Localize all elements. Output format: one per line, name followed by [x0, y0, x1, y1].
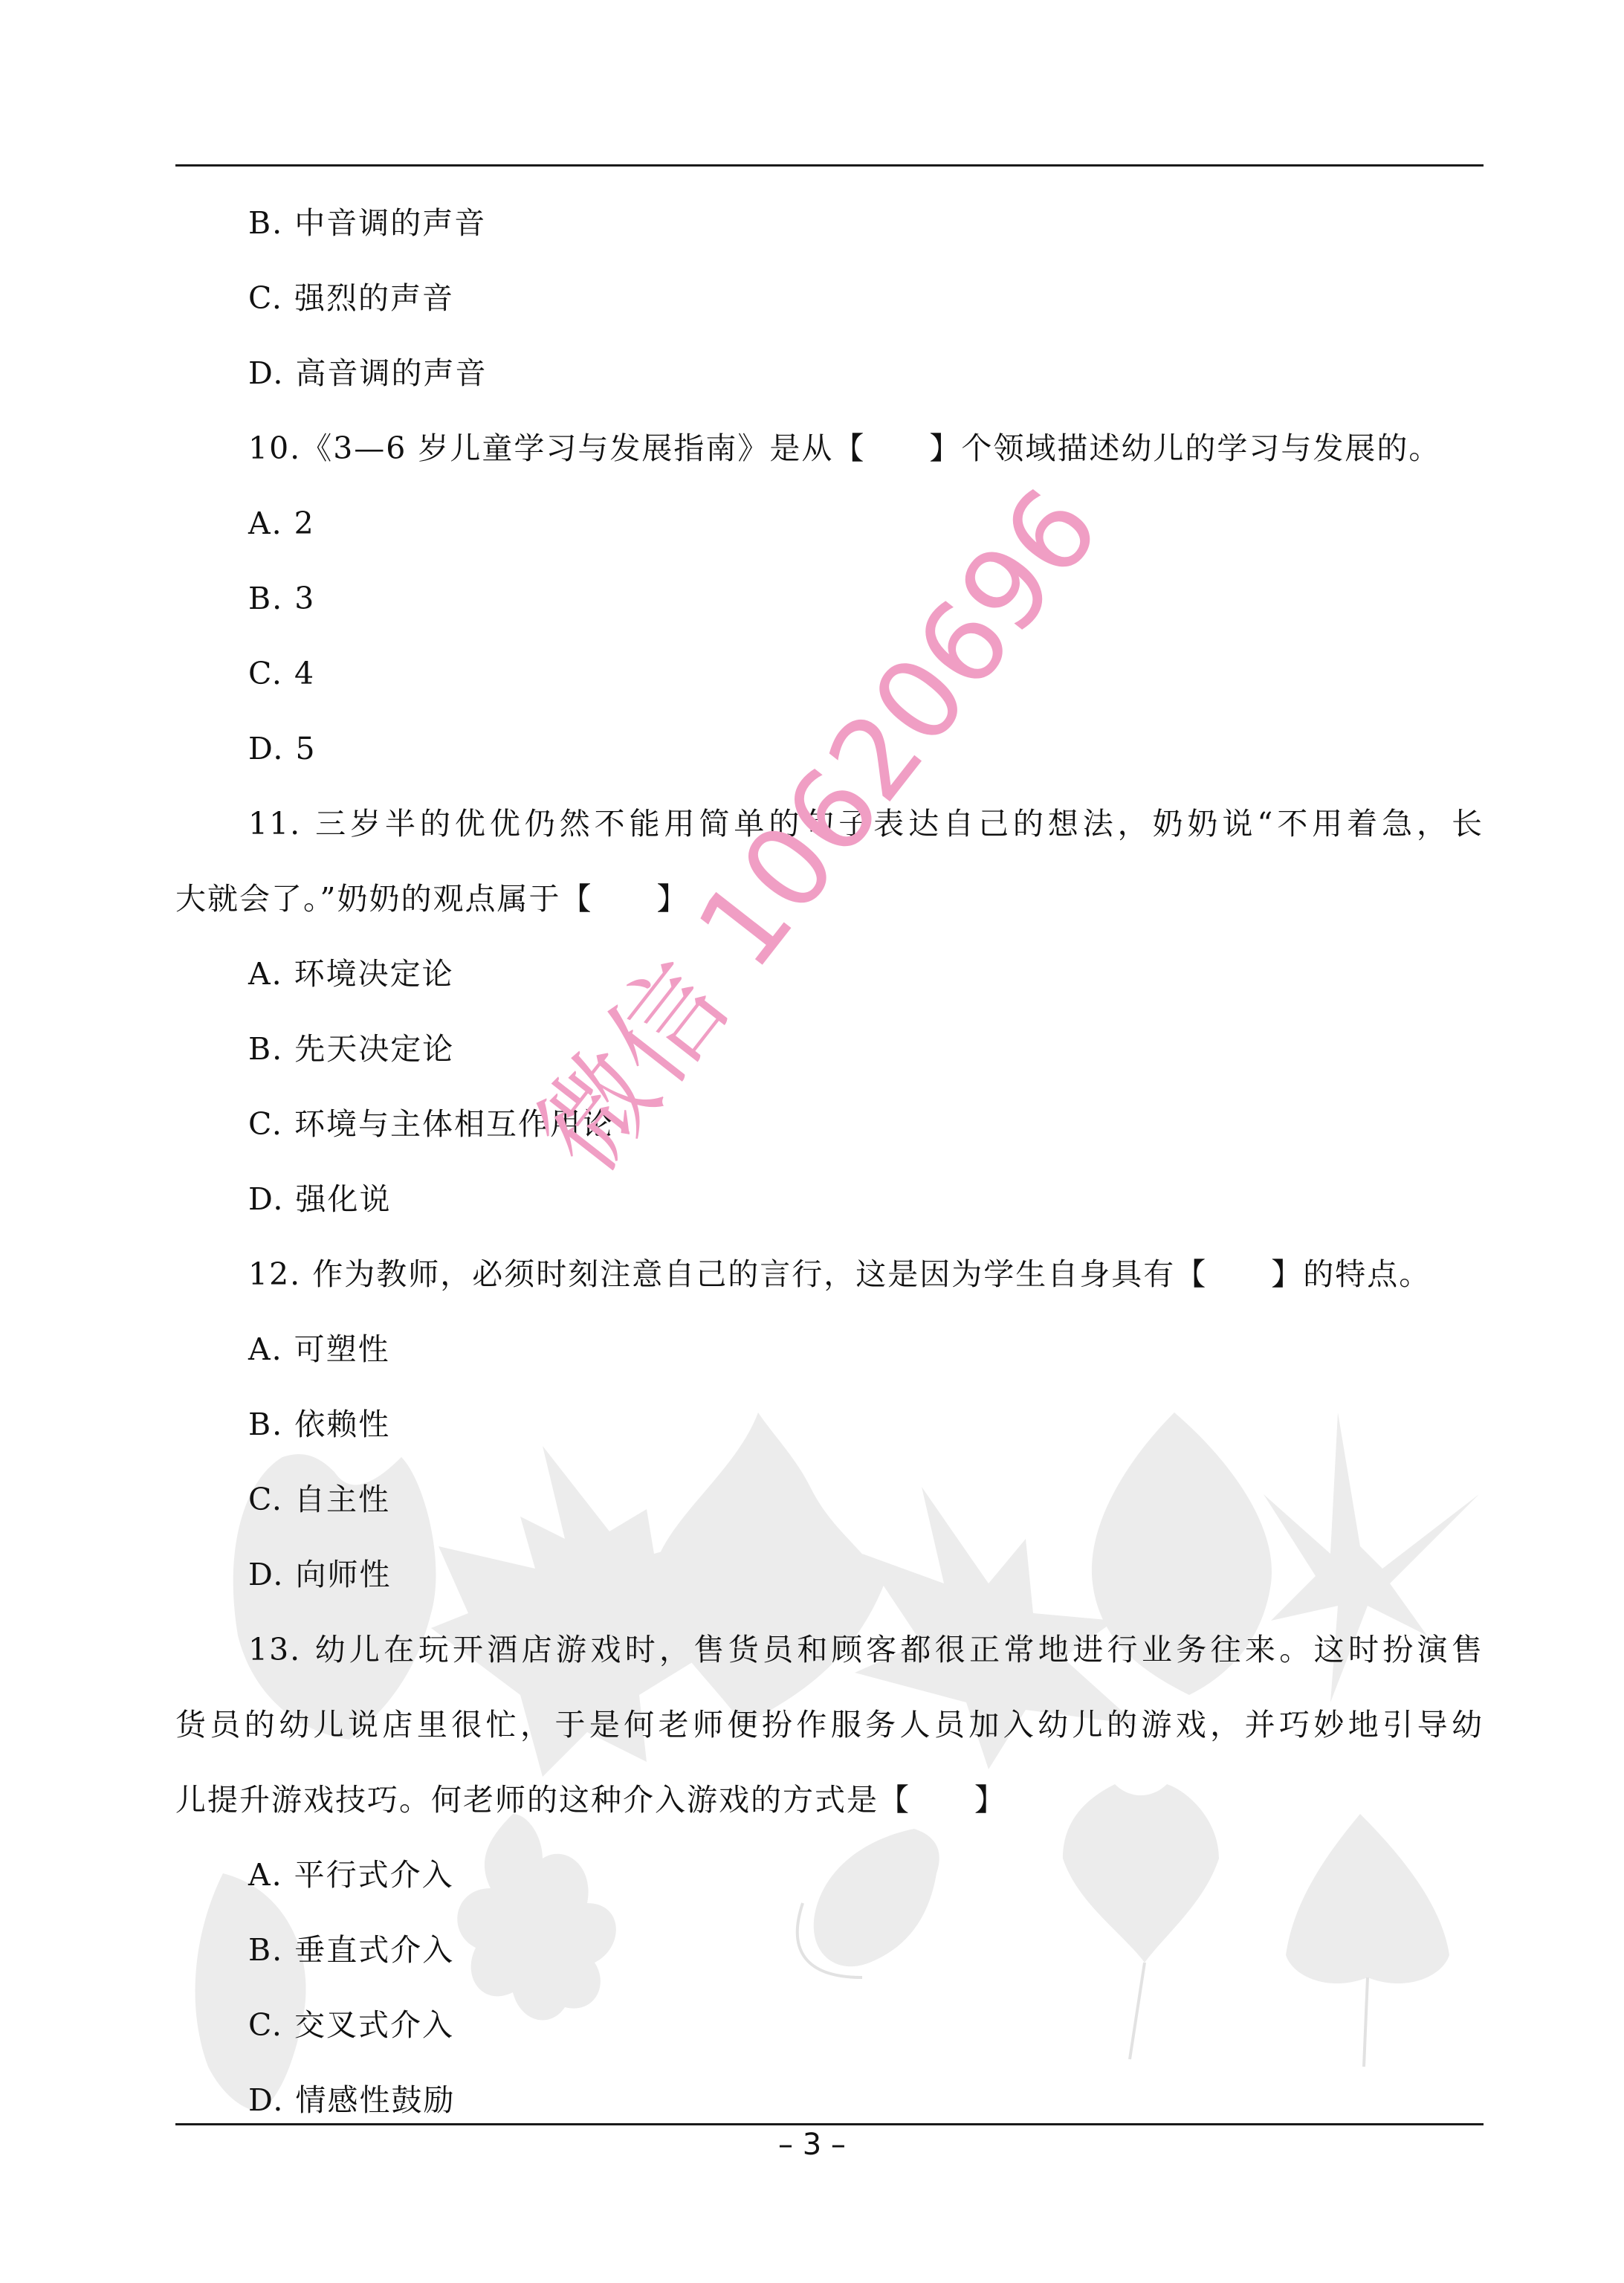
question-12-stem: 12. 作为教师，必须时刻注意自己的言行，这是因为学生自身具有【 】的特点。: [248, 1237, 1556, 1311]
option-9b: B. 中音调的声音: [248, 186, 1556, 260]
option-9d: D. 高音调的声音: [248, 336, 1556, 410]
option-11b: B. 先天决定论: [248, 1012, 1556, 1086]
question-13-stem-line-1: 13. 幼儿在玩开酒店游戏时，售货员和顾客都很正常地进行业务往来。这时扮演售: [248, 1612, 1484, 1687]
option-13c: C. 交叉式介入: [248, 1988, 1556, 2062]
option-12d: D. 向师性: [248, 1537, 1556, 1612]
question-13-stem-line-2: 货员的幼儿说店里很忙，于是何老师便扮作服务人员加入幼儿的游戏，并巧妙地引导幼: [175, 1688, 1484, 1762]
option-11c: C. 环境与主体相互作用论: [248, 1087, 1556, 1161]
option-9c: C. 强烈的声音: [248, 261, 1556, 335]
option-13a: A. 平行式介入: [248, 1838, 1556, 1912]
option-13d: D. 情感性鼓励: [248, 2063, 1556, 2137]
option-12c: C. 自主性: [248, 1462, 1556, 1537]
question-10-stem: 10.《3—6 岁儿童学习与发展指南》是从【 】个领域描述幼儿的学习与发展的。: [248, 411, 1556, 485]
option-12a: A. 可塑性: [248, 1312, 1556, 1386]
option-11d: D. 强化说: [248, 1162, 1556, 1236]
option-11a: A. 环境决定论: [248, 937, 1556, 1011]
question-13-stem-line-3: 儿提升游戏技巧。何老师的这种介入游戏的方式是【 】: [175, 1763, 1484, 1837]
option-12b: B. 依赖性: [248, 1387, 1556, 1462]
option-10a: A. 2: [248, 486, 1556, 561]
option-13b: B. 垂直式介入: [248, 1913, 1556, 1987]
header-rule: [175, 164, 1484, 167]
